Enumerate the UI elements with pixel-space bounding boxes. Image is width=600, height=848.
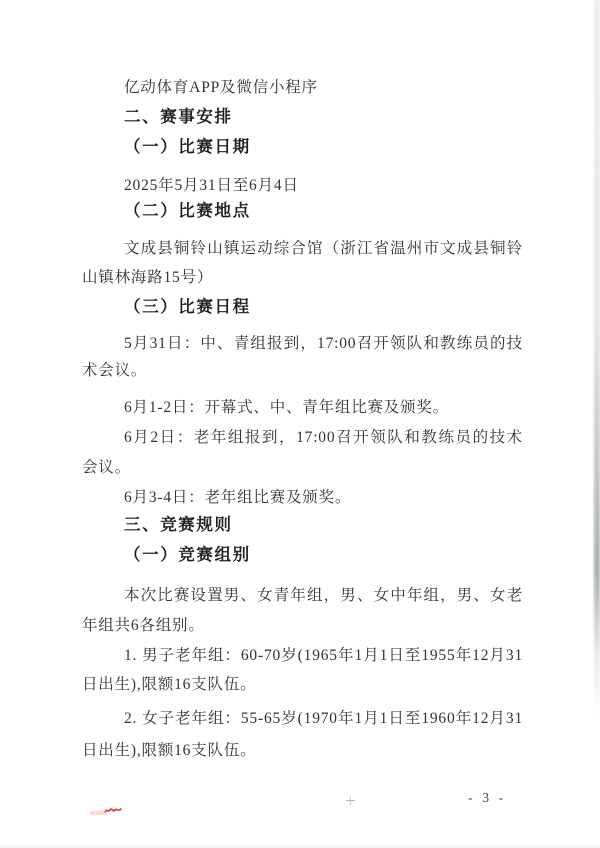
- line-groups-2: 年组共6各组别。: [82, 616, 523, 636]
- line-schedule-may31-2: 术会议。: [82, 361, 523, 381]
- page-number: - 3 -: [468, 791, 506, 807]
- line-schedule-jun3-4: 6月3-4日：老年组比赛及颁奖。: [82, 488, 523, 508]
- heading-competition-venue: （二）比赛地点: [82, 201, 523, 221]
- heading-competition-groups: （一）竞赛组别: [82, 545, 523, 565]
- line-group-men-senior-2: 日出生),限额16支队伍。: [82, 675, 523, 695]
- line-group-women-senior-2: 日出生),限额16支队伍。: [82, 741, 523, 761]
- line-venue-1: 文成县铜铃山镇运动综合馆（浙江省温州市文成县铜铃: [82, 239, 523, 259]
- line-schedule-jun1-2: 6月1-2日：开幕式、中、青年组比赛及颁奖。: [82, 398, 523, 418]
- line-schedule-jun2-2: 会议。: [82, 458, 523, 478]
- scan-edge-shadow-right: [594, 0, 600, 715]
- line-competition-date: 2025年5月31日至6月4日: [82, 176, 523, 196]
- document-page: 亿动体育APP及微信小程序 二、赛事安排 （一）比赛日期 2025年5月31日至…: [0, 0, 600, 848]
- heading-event-arrangement: 二、赛事安排: [82, 107, 523, 127]
- line-schedule-jun2-1: 6月2日：老年组报到，17:00召开领队和教练员的技术: [82, 428, 523, 448]
- alignment-cross-icon: [346, 796, 355, 805]
- heading-competition-rules: 三、竞赛规则: [82, 515, 523, 535]
- line-groups-1: 本次比赛设置男、女青年组，男、女中年组，男、女老: [82, 586, 523, 606]
- line-group-men-senior-1: 1. 男子老年组：60-70岁(1965年1月1日至1955年12月31: [82, 646, 523, 666]
- line-venue-2: 山镇林海路15号）: [82, 268, 523, 288]
- heading-competition-date: （一）比赛日期: [82, 137, 523, 157]
- line-schedule-may31-1: 5月31日：中、青组报到，17:00召开领队和教练员的技: [82, 334, 523, 354]
- line-registration-platform: 亿动体育APP及微信小程序: [82, 78, 523, 98]
- heading-competition-schedule: （三）比赛日程: [82, 297, 523, 317]
- pink-ink-smudge: [90, 811, 107, 815]
- line-group-women-senior-1: 2. 女子老年组：55-65岁(1970年1月1日至1960年12月31: [82, 709, 523, 729]
